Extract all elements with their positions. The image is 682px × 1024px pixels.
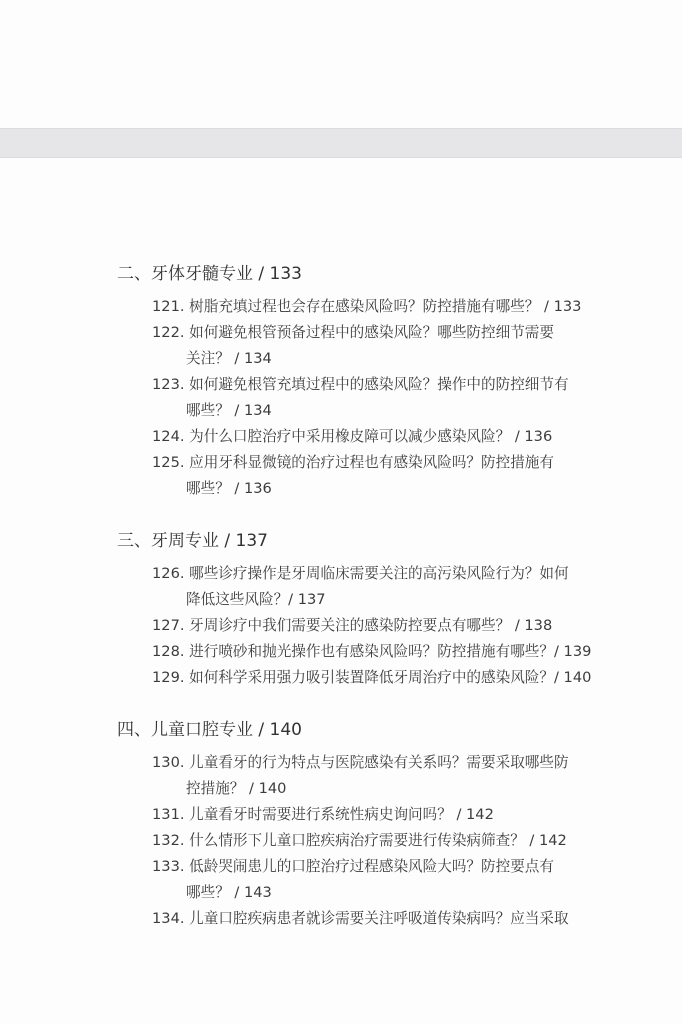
section-title-pediatric[interactable]: 四、儿童口腔专业 / 140 [117,719,302,741]
toc-entry-125[interactable]: 125. 应用牙科显微镜的治疗过程也有感染风险吗？防控措施有 [152,450,554,476]
toc-entry-122[interactable]: 122. 如何避免根管预备过程中的感染风险？哪些防控细节需要 [152,320,554,346]
toc-entry-126[interactable]: 126. 哪些诊疗操作是牙周临床需要关注的高污染风险行为？如何 [152,561,569,587]
toc-entry-133-cont[interactable]: 哪些？ / 143 [186,880,272,906]
toc-entry-133[interactable]: 133. 低龄哭闹患儿的口腔治疗过程感染风险大吗？防控要点有 [152,854,554,880]
toc-entry-123-cont[interactable]: 哪些？ / 134 [186,398,272,424]
toc-entry-124[interactable]: 124. 为什么口腔治疗中采用橡皮障可以减少感染风险？ / 136 [152,424,552,450]
toc-entry-134[interactable]: 134. 儿童口腔疾病患者就诊需要关注呼吸道传染病吗？应当采取 [152,906,569,932]
toc-entry-130-cont[interactable]: 控措施？ / 140 [186,776,286,802]
toc-entry-132[interactable]: 132. 什么情形下儿童口腔疾病治疗需要进行传染病筛查？ / 142 [152,828,567,854]
toc-entry-123[interactable]: 123. 如何避免根管充填过程中的感染风险？操作中的防控细节有 [152,372,569,398]
toc-entry-127[interactable]: 127. 牙周诊疗中我们需要关注的感染防控要点有哪些？ / 138 [152,613,552,639]
toc-entry-125-cont[interactable]: 哪些？ / 136 [186,476,272,502]
toc-entry-122-cont[interactable]: 关注？ / 134 [186,346,272,372]
toc-entry-131[interactable]: 131. 儿童看牙时需要进行系统性病史询问吗？ / 142 [152,802,494,828]
toc-entry-128[interactable]: 128. 进行喷砂和抛光操作也有感染风险吗？防控措施有哪些？/ 139 [152,639,591,665]
toc-entry-130[interactable]: 130. 儿童看牙的行为特点与医院感染有关系吗？需要采取哪些防 [152,750,569,776]
header-band [0,128,682,158]
toc-entry-126-cont[interactable]: 降低这些风险？/ 137 [186,587,326,613]
section-title-periodontics[interactable]: 三、牙周专业 / 137 [117,530,268,552]
toc-entry-129[interactable]: 129. 如何科学采用强力吸引装置降低牙周治疗中的感染风险？/ 140 [152,665,591,691]
section-title-endodontics[interactable]: 二、牙体牙髓专业 / 133 [117,263,302,285]
toc-entry-121[interactable]: 121. 树脂充填过程也会存在感染风险吗？防控措施有哪些？ / 133 [152,294,581,320]
